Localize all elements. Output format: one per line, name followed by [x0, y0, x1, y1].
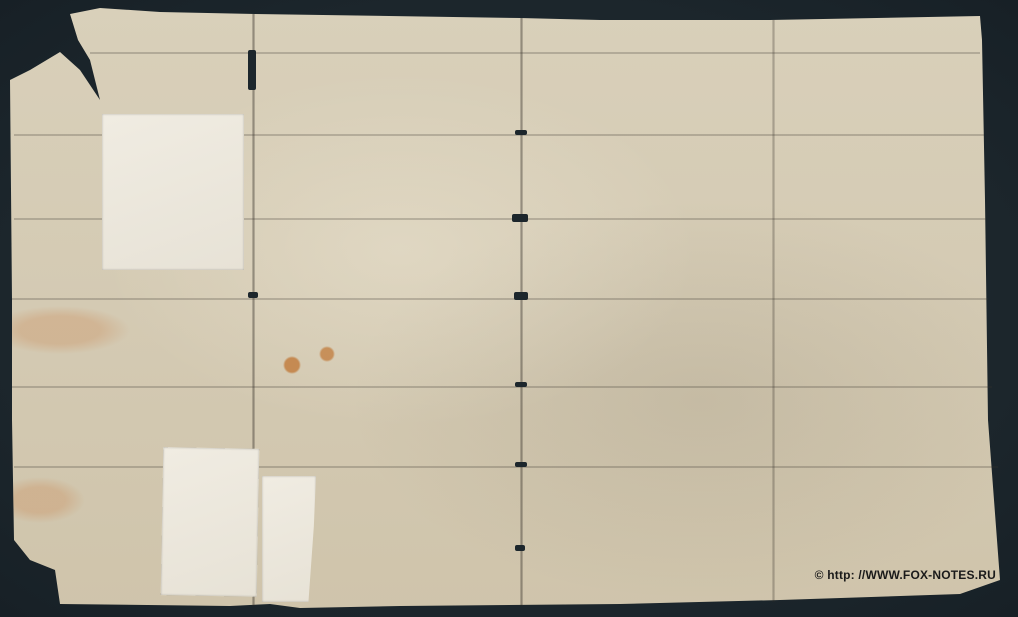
tear	[248, 50, 256, 90]
dark-background: © http: //WWW.FOX-NOTES.RU	[0, 0, 1018, 617]
fold-line-horizontal	[12, 298, 988, 300]
tear	[515, 545, 525, 551]
fold-line-horizontal	[12, 386, 992, 388]
fold-line-vertical	[772, 20, 775, 602]
tear	[514, 292, 528, 300]
banknote-paper	[0, 0, 1018, 617]
tear	[512, 214, 528, 222]
paper-repair-patch	[262, 476, 316, 602]
tear	[515, 382, 527, 387]
tear	[515, 462, 527, 467]
tear	[515, 130, 527, 135]
fold-line-vertical	[520, 18, 523, 606]
paper-repair-patch	[102, 114, 244, 270]
fold-line-horizontal	[90, 52, 980, 54]
tear	[248, 292, 258, 298]
fold-line-horizontal	[14, 466, 998, 468]
banknote: © http: //WWW.FOX-NOTES.RU	[0, 0, 1018, 617]
paper-repair-patch	[161, 447, 260, 597]
watermark-text: © http: //WWW.FOX-NOTES.RU	[815, 568, 996, 582]
